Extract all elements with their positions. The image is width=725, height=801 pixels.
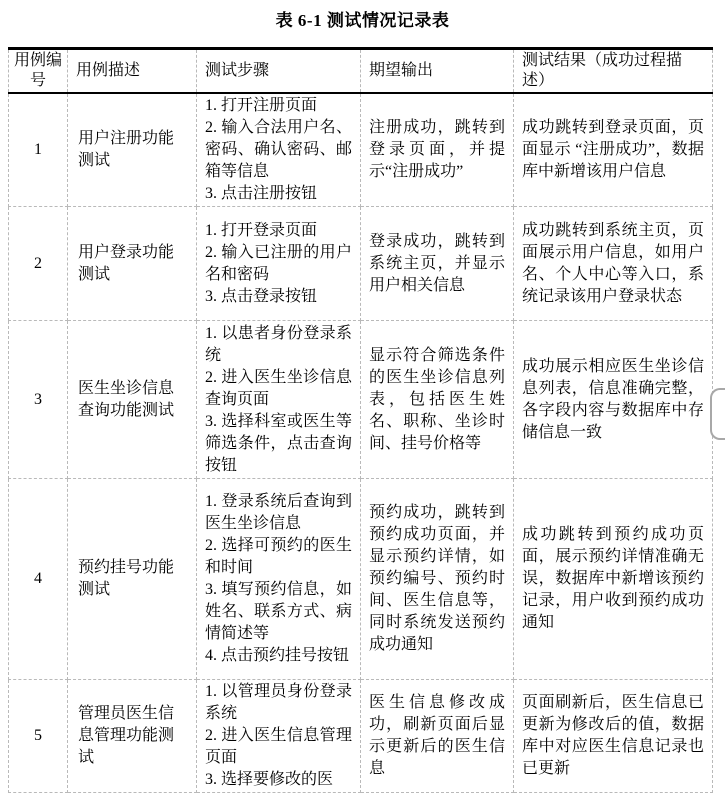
- cell-expected-output: 登录成功，跳转到系统主页，并显示用户相关信息: [361, 207, 514, 321]
- cell-case-id: 5: [9, 680, 68, 793]
- test-step: 3. 点击登录按钮: [205, 286, 352, 308]
- test-step: 2. 选择可预约的医生和时间: [205, 535, 352, 579]
- test-step: 4. 点击预约挂号按钮: [205, 645, 352, 667]
- test-step: 1. 以患者身份登录系统: [205, 323, 352, 367]
- document-page: 表 6-1 测试情况记录表 用例编号 用例描述 测试步骤 期望输出 测试结果（成…: [0, 0, 725, 801]
- cell-expected-output: 预约成功，跳转到预约成功页面，并显示预约详情，如预约编号、预约时间、医生信息等，…: [361, 479, 514, 680]
- test-step: 1. 打开登录页面: [205, 220, 352, 242]
- header-expected-output: 期望输出: [361, 49, 514, 94]
- cell-case-desc: 用户登录功能测试: [68, 207, 197, 321]
- cell-test-result: 页面刷新后，医生信息已更新为修改后的值，数据库中对应医生信息记录也已更新: [514, 680, 713, 793]
- table-row: 1 用户注册功能测试 1. 打开注册页面 2. 输入合法用户名、密码、确认密码、…: [9, 93, 713, 207]
- cell-test-steps: 1. 打开登录页面 2. 输入已注册的用户名和密码 3. 点击登录按钮: [197, 207, 361, 321]
- test-step: 2. 输入已注册的用户名和密码: [205, 242, 352, 286]
- header-test-result: 测试结果（成功过程描述）: [514, 49, 713, 94]
- cell-expected-output: 注册成功，跳转到登录页面，并提示“注册成功”: [361, 93, 514, 207]
- test-record-table: 用例编号 用例描述 测试步骤 期望输出 测试结果（成功过程描述） 1 用户注册功…: [8, 47, 713, 793]
- header-case-desc: 用例描述: [68, 49, 197, 94]
- test-step: 2. 进入医生坐诊信息查询页面: [205, 367, 352, 411]
- cell-case-id: 3: [9, 321, 68, 479]
- cell-test-result: 成功跳转到登录页面，页面显示 “注册成功”，数据库中新增该用户信息: [514, 93, 713, 207]
- cell-case-desc: 医生坐诊信息查询功能测试: [68, 321, 197, 479]
- cell-expected-output: 医生信息修改成功，刷新页面后显示更新后的医生信息: [361, 680, 514, 793]
- side-panel-handle[interactable]: [710, 388, 725, 440]
- cell-test-result: 成功跳转到预约成功页面，展示预约详情准确无误，数据库中新增该预约记录，用户收到预…: [514, 479, 713, 680]
- cell-test-result: 成功展示相应医生坐诊信息列表，信息准确完整，各字段内容与数据库中存储信息一致: [514, 321, 713, 479]
- cell-test-steps: 1. 以管理员身份登录系统 2. 进入医生信息管理页面 3. 选择要修改的医: [197, 680, 361, 793]
- cell-expected-output: 显示符合筛选条件的医生坐诊信息列表，包括医生姓名、职称、坐诊时间、挂号价格等: [361, 321, 514, 479]
- test-step: 2. 输入合法用户名、密码、确认密码、邮箱等信息: [205, 117, 352, 183]
- table-row: 3 医生坐诊信息查询功能测试 1. 以患者身份登录系统 2. 进入医生坐诊信息查…: [9, 321, 713, 479]
- cell-test-result: 成功跳转到系统主页，页面展示用户信息，如用户名、个人中心等入口，系统记录该用户登…: [514, 207, 713, 321]
- table-header-row: 用例编号 用例描述 测试步骤 期望输出 测试结果（成功过程描述）: [9, 49, 713, 94]
- cell-test-steps: 1. 打开注册页面 2. 输入合法用户名、密码、确认密码、邮箱等信息 3. 点击…: [197, 93, 361, 207]
- table-row: 2 用户登录功能测试 1. 打开登录页面 2. 输入已注册的用户名和密码 3. …: [9, 207, 713, 321]
- test-step: 3. 填写预约信息，如姓名、联系方式、病情简述等: [205, 579, 352, 645]
- cell-case-id: 2: [9, 207, 68, 321]
- cell-case-id: 1: [9, 93, 68, 207]
- test-step: 1. 打开注册页面: [205, 95, 352, 117]
- test-step: 3. 点击注册按钮: [205, 183, 352, 205]
- test-step: 1. 登录系统后查询到医生坐诊信息: [205, 491, 352, 535]
- table-row: 4 预约挂号功能测试 1. 登录系统后查询到医生坐诊信息 2. 选择可预约的医生…: [9, 479, 713, 680]
- cell-case-desc: 管理员医生信息管理功能测试: [68, 680, 197, 793]
- cell-case-desc: 预约挂号功能测试: [68, 479, 197, 680]
- cell-case-id: 4: [9, 479, 68, 680]
- test-step: 2. 进入医生信息管理页面: [205, 725, 352, 769]
- test-step: 1. 以管理员身份登录系统: [205, 681, 352, 725]
- header-case-id: 用例编号: [9, 49, 68, 94]
- cell-test-steps: 1. 以患者身份登录系统 2. 进入医生坐诊信息查询页面 3. 选择科室或医生等…: [197, 321, 361, 479]
- table-caption: 表 6-1 测试情况记录表: [0, 6, 725, 31]
- table-row: 5 管理员医生信息管理功能测试 1. 以管理员身份登录系统 2. 进入医生信息管…: [9, 680, 713, 793]
- test-step: 3. 选择要修改的医: [205, 769, 352, 791]
- cell-test-steps: 1. 登录系统后查询到医生坐诊信息 2. 选择可预约的医生和时间 3. 填写预约…: [197, 479, 361, 680]
- cell-case-desc: 用户注册功能测试: [68, 93, 197, 207]
- test-step: 3. 选择科室或医生等筛选条件，点击查询按钮: [205, 411, 352, 477]
- header-test-steps: 测试步骤: [197, 49, 361, 94]
